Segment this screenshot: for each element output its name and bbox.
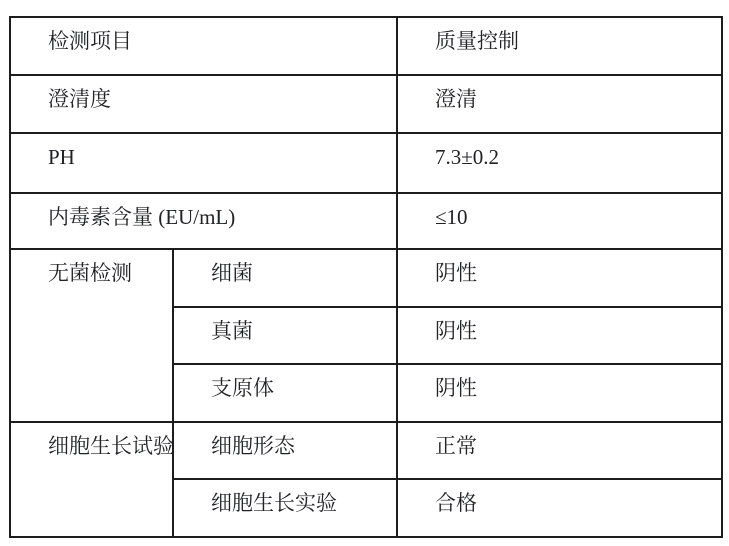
value-cell-cell-morphology: 正常 xyxy=(397,422,722,479)
document-page: 检测项目 质量控制 澄清度 澄清 PH 7.3±0.2 内毒素含量 (EU/mL… xyxy=(0,0,729,546)
item-cell-fungus: 真菌 xyxy=(173,307,397,364)
group-cell-cell-growth-test: 细胞生长试验 xyxy=(10,422,173,537)
item-cell-cell-growth-experiment: 细胞生长实验 xyxy=(173,479,397,537)
table-row: 内毒素含量 (EU/mL) ≤10 xyxy=(10,193,722,249)
value-cell-fungus: 阴性 xyxy=(397,307,722,364)
item-cell-cell-morphology: 细胞形态 xyxy=(173,422,397,479)
value-cell-endotoxin: ≤10 xyxy=(397,193,722,249)
table-row: 无菌检测 细菌 阴性 xyxy=(10,249,722,307)
table-row: 检测项目 质量控制 xyxy=(10,17,722,75)
table-row: PH 7.3±0.2 xyxy=(10,133,722,193)
group-cell-sterility-test: 无菌检测 xyxy=(10,249,173,422)
value-cell-clarity: 澄清 xyxy=(397,75,722,133)
item-cell-endotoxin: 内毒素含量 (EU/mL) xyxy=(10,193,397,249)
header-cell-test-item: 检测项目 xyxy=(10,17,397,75)
table-row: 澄清度 澄清 xyxy=(10,75,722,133)
item-cell-mycoplasma: 支原体 xyxy=(173,364,397,422)
value-cell-cell-growth-experiment: 合格 xyxy=(397,479,722,537)
item-cell-clarity: 澄清度 xyxy=(10,75,397,133)
quality-control-table: 检测项目 质量控制 澄清度 澄清 PH 7.3±0.2 内毒素含量 (EU/mL… xyxy=(9,16,723,538)
value-cell-ph: 7.3±0.2 xyxy=(397,133,722,193)
table-row: 细胞生长试验 细胞形态 正常 xyxy=(10,422,722,479)
value-cell-bacteria: 阴性 xyxy=(397,249,722,307)
header-cell-quality-control: 质量控制 xyxy=(397,17,722,75)
item-cell-ph: PH xyxy=(10,133,397,193)
item-cell-bacteria: 细菌 xyxy=(173,249,397,307)
value-cell-mycoplasma: 阴性 xyxy=(397,364,722,422)
